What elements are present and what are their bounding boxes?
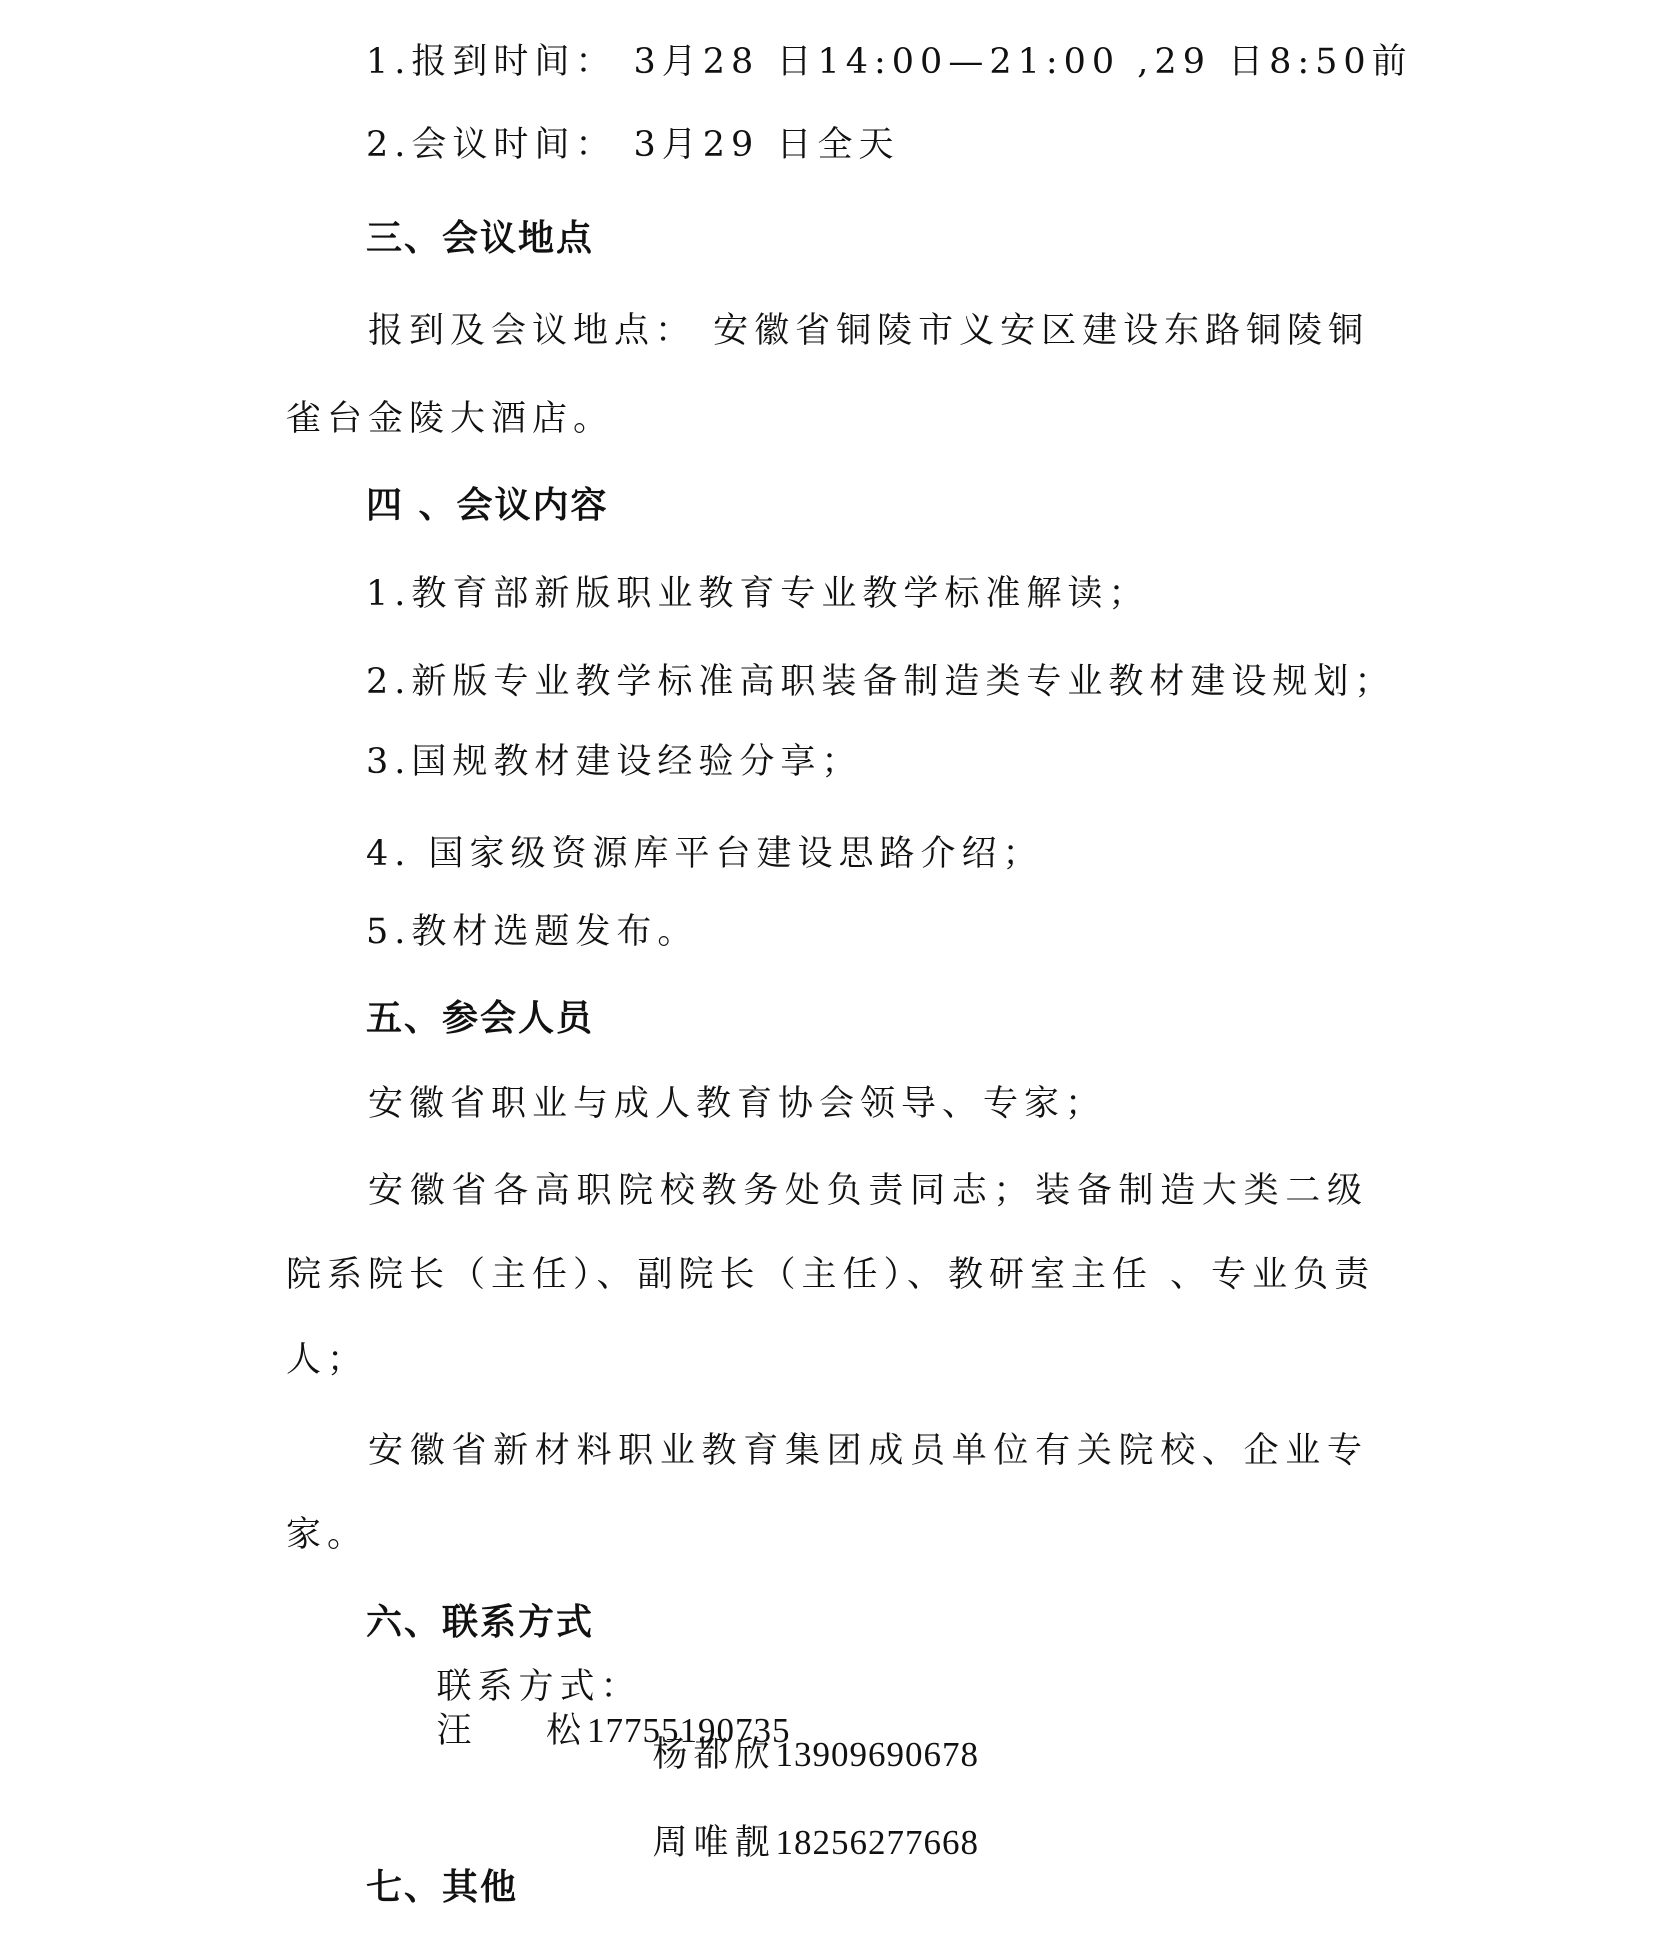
attendees-paragraph-2-line-2: 院系院长（主任）、副院长（主任）、教研室主任 、专业负责 [286,1253,1374,1297]
content-item-3: 3.国规教材建设经验分享； [366,740,862,784]
section-heading-content: 四 、会议内容 [366,484,609,528]
content-item-4: 4. 国家级资源库平台建设思路介绍； [366,832,1044,876]
section-heading-other: 七、其他 [366,1866,518,1910]
contact-phone: 13909690678 [776,1735,980,1774]
schedule-meeting-time: 2.会议时间： 3月29 日全天 [366,123,899,167]
contact-name: 杨都欣 [653,1735,776,1775]
content-item-1: 1.教育部新版职业教育专业教学标准解读； [366,572,1149,616]
schedule-registration-time: 1.报到时间： 3月28 日14:00—21:00 ,29 日8:50前 [366,40,1413,84]
attendees-paragraph-3-line-1: 安徽省新材料职业教育集团成员单位有关院校、企业专 [368,1429,1368,1473]
content-item-5: 5.教材选题发布。 [366,910,698,954]
contact-row-2: 杨都欣13909690678 周唯靓18256277668 [584,1689,979,1909]
section-heading-venue: 三、会议地点 [366,217,594,261]
venue-line-2: 雀台金陵大酒店。 [286,397,614,441]
contact-name: 汪 松 [437,1711,588,1751]
venue-line-1: 报到及会议地点： 安徽省铜陵市义安区建设东路铜陵铜 [368,309,1368,353]
attendees-paragraph-2-line-1: 安徽省各高职院校教务处负责同志；装备制造大类二级 [368,1169,1368,1213]
contact-phone: 18256277668 [776,1823,980,1862]
section-heading-attendees: 五、参会人员 [366,997,594,1041]
contact-name: 周唯靓 [653,1823,776,1863]
attendees-paragraph-1: 安徽省职业与成人教育协会领导、专家； [368,1082,1106,1126]
attendees-paragraph-2-line-3: 人； [286,1338,368,1382]
attendees-paragraph-3-line-2: 家。 [286,1513,368,1557]
content-item-2: 2.新版专业教学标准高职装备制造类专业教材建设规划； [366,660,1395,704]
